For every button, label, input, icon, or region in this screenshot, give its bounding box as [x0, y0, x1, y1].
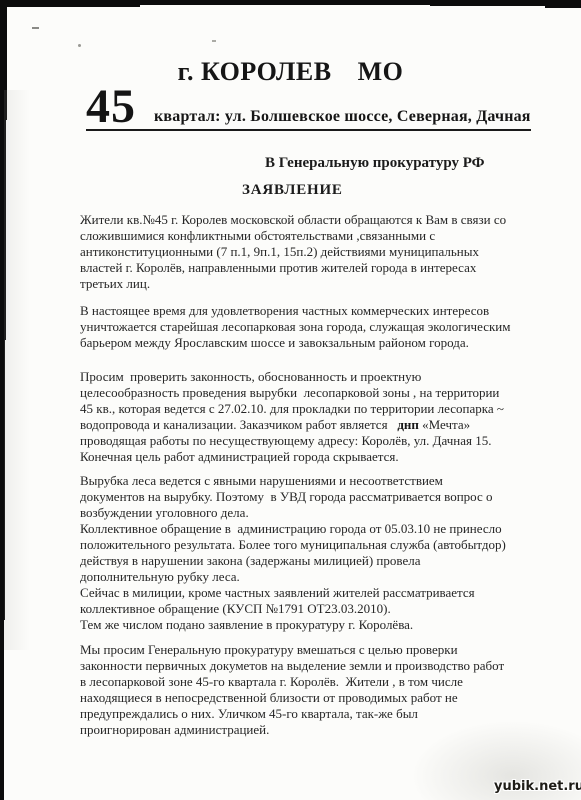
customer-line-prefix: водопровода и канализации. Заказчиком ра… [80, 417, 397, 432]
recipient-line: В Генеральную прокуратуру РФ [265, 155, 485, 172]
block-number: 45 [86, 86, 136, 128]
block-streets-line: квартал: ул. Болшевское шоссе, Северная,… [154, 108, 531, 128]
city-name: г. КОРОЛЕВ [178, 57, 332, 86]
site-watermark: yubik.net.ru [494, 779, 581, 794]
scan-speck [212, 40, 216, 42]
paragraph-request-check-end: проводящая работы по несуществующему адр… [80, 433, 540, 465]
scan-speck [78, 44, 81, 47]
paragraph-violations: Вырубка леса ведется с явными нарушениям… [80, 473, 540, 633]
scanned-document-page: г. КОРОЛЕВМО 45 квартал: ул. Болшевское … [0, 0, 581, 800]
document-title: ЗАЯВЛЕНИЕ [242, 182, 343, 199]
scan-speck [32, 27, 39, 29]
block-number-heading: 45 квартал: ул. Болшевское шоссе, Северн… [86, 86, 531, 131]
region-abbr: МО [358, 57, 404, 86]
paragraph-final-request: Мы просим Генеральную прокуратуру вмешат… [80, 642, 540, 738]
scan-shading-left [4, 90, 30, 650]
paragraph-forest-destruction: В настоящее время для удовлетворения час… [80, 303, 540, 351]
paragraph-request-check-customer: водопровода и канализации. Заказчиком ра… [80, 417, 540, 433]
customer-line-suffix: «Мечта» [419, 417, 470, 432]
scan-artifact-top-left-edge [0, 0, 140, 7]
paragraph-request-check: Просим проверить законность, обоснованно… [80, 369, 540, 417]
customer-name-bold: днп [397, 417, 419, 432]
paragraph-intro: Жители кв.№45 г. Королев московской обла… [80, 212, 540, 292]
scan-artifact-top-corner [545, 0, 581, 8]
